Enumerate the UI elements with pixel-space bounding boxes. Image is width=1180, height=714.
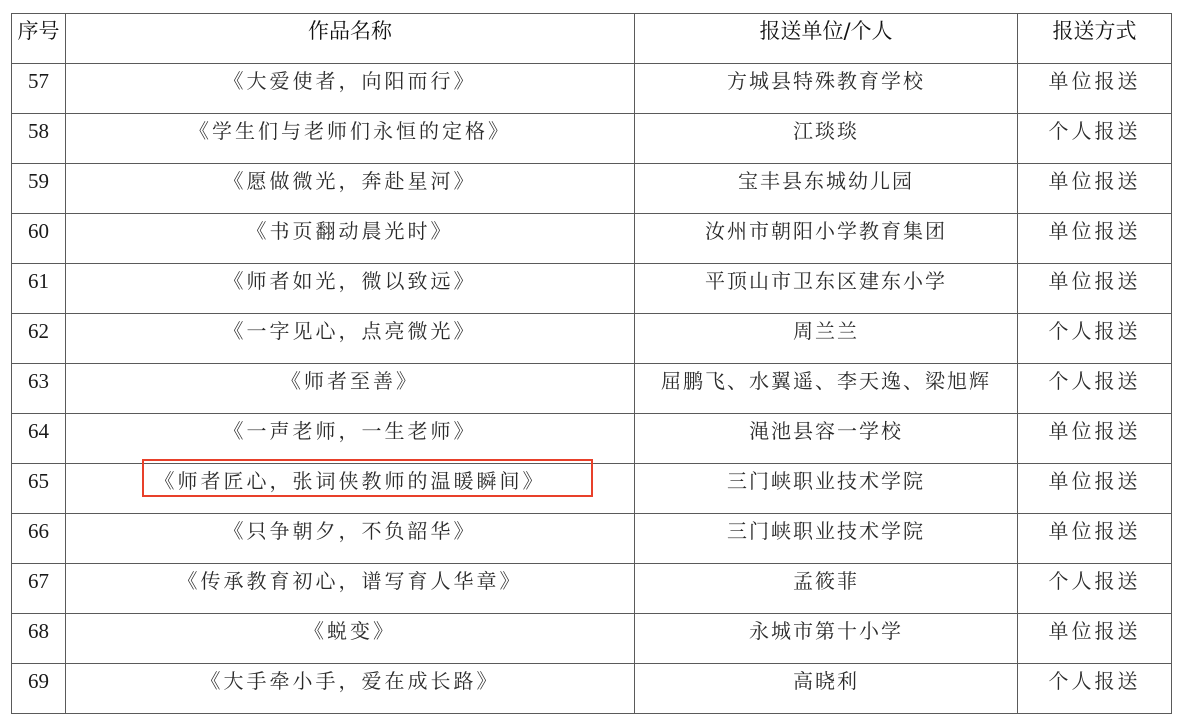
cell-unit: 周兰兰 xyxy=(635,314,1018,364)
cell-no: 65 xyxy=(12,464,66,514)
table-row: 62 《一字见心，点亮微光》 周兰兰 个人报送 xyxy=(12,314,1172,364)
table-row: 61 《师者如光，微以致远》 平顶山市卫东区建东小学 单位报送 xyxy=(12,264,1172,314)
cell-unit: 江琰琰 xyxy=(635,114,1018,164)
cell-unit: 宝丰县东城幼儿园 xyxy=(635,164,1018,214)
cell-unit: 汝州市朝阳小学教育集团 xyxy=(635,214,1018,264)
cell-title: 《蜕变》 xyxy=(66,614,635,664)
cell-title: 《师者匠心，张词侠教师的温暖瞬间》 xyxy=(66,464,635,514)
cell-title: 《学生们与老师们永恒的定格》 xyxy=(66,114,635,164)
table-row: 68 《蜕变》 永城市第十小学 单位报送 xyxy=(12,614,1172,664)
table-row: 59 《愿做微光，奔赴星河》 宝丰县东城幼儿园 单位报送 xyxy=(12,164,1172,214)
cell-method: 单位报送 xyxy=(1018,164,1172,214)
cell-no: 62 xyxy=(12,314,66,364)
table-row: 64 《一声老师，一生老师》 渑池县容一学校 单位报送 xyxy=(12,414,1172,464)
cell-no: 67 xyxy=(12,564,66,614)
cell-method: 单位报送 xyxy=(1018,214,1172,264)
table-row: 69 《大手牵小手，爱在成长路》 高晓利 个人报送 xyxy=(12,664,1172,714)
document-page: 序号 作品名称 报送单位/个人 报送方式 57 《大爱使者，向阳而行》 方城县特… xyxy=(0,0,1180,714)
cell-title: 《传承教育初心，谱写育人华章》 xyxy=(66,564,635,614)
cell-method: 个人报送 xyxy=(1018,114,1172,164)
cell-no: 61 xyxy=(12,264,66,314)
submission-table: 序号 作品名称 报送单位/个人 报送方式 57 《大爱使者，向阳而行》 方城县特… xyxy=(11,13,1172,714)
cell-method: 单位报送 xyxy=(1018,514,1172,564)
table-header-row: 序号 作品名称 报送单位/个人 报送方式 xyxy=(12,14,1172,64)
cell-unit: 方城县特殊教育学校 xyxy=(635,64,1018,114)
cell-no: 63 xyxy=(12,364,66,414)
column-header-title: 作品名称 xyxy=(66,14,635,64)
table-row: 67 《传承教育初心，谱写育人华章》 孟筱菲 个人报送 xyxy=(12,564,1172,614)
column-header-unit: 报送单位/个人 xyxy=(635,14,1018,64)
cell-no: 60 xyxy=(12,214,66,264)
cell-unit: 平顶山市卫东区建东小学 xyxy=(635,264,1018,314)
cell-method: 个人报送 xyxy=(1018,364,1172,414)
table-row: 58 《学生们与老师们永恒的定格》 江琰琰 个人报送 xyxy=(12,114,1172,164)
cell-unit: 孟筱菲 xyxy=(635,564,1018,614)
table-row: 57 《大爱使者，向阳而行》 方城县特殊教育学校 单位报送 xyxy=(12,64,1172,114)
cell-no: 59 xyxy=(12,164,66,214)
cell-unit: 永城市第十小学 xyxy=(635,614,1018,664)
column-header-method: 报送方式 xyxy=(1018,14,1172,64)
column-header-no: 序号 xyxy=(12,14,66,64)
cell-method: 单位报送 xyxy=(1018,64,1172,114)
table-row-highlighted: 65 《师者匠心，张词侠教师的温暖瞬间》 三门峡职业技术学院 单位报送 xyxy=(12,464,1172,514)
cell-title: 《书页翻动晨光时》 xyxy=(66,214,635,264)
cell-title: 《大手牵小手，爱在成长路》 xyxy=(66,664,635,714)
cell-unit: 屈鹏飞、水翼遥、李天逸、梁旭辉 xyxy=(635,364,1018,414)
cell-no: 68 xyxy=(12,614,66,664)
cell-title: 《一字见心，点亮微光》 xyxy=(66,314,635,364)
cell-no: 58 xyxy=(12,114,66,164)
cell-title: 《一声老师，一生老师》 xyxy=(66,414,635,464)
table-row: 66 《只争朝夕，不负韶华》 三门峡职业技术学院 单位报送 xyxy=(12,514,1172,564)
cell-title: 《大爱使者，向阳而行》 xyxy=(66,64,635,114)
cell-method: 个人报送 xyxy=(1018,664,1172,714)
cell-method: 个人报送 xyxy=(1018,564,1172,614)
cell-unit: 高晓利 xyxy=(635,664,1018,714)
cell-title: 《只争朝夕，不负韶华》 xyxy=(66,514,635,564)
cell-method: 单位报送 xyxy=(1018,414,1172,464)
cell-unit: 渑池县容一学校 xyxy=(635,414,1018,464)
cell-no: 64 xyxy=(12,414,66,464)
cell-unit: 三门峡职业技术学院 xyxy=(635,464,1018,514)
cell-title: 《师者如光，微以致远》 xyxy=(66,264,635,314)
cell-unit: 三门峡职业技术学院 xyxy=(635,514,1018,564)
cell-method: 个人报送 xyxy=(1018,314,1172,364)
cell-method: 单位报送 xyxy=(1018,264,1172,314)
cell-method: 单位报送 xyxy=(1018,614,1172,664)
cell-title: 《愿做微光，奔赴星河》 xyxy=(66,164,635,214)
cell-no: 57 xyxy=(12,64,66,114)
table-row: 63 《师者至善》 屈鹏飞、水翼遥、李天逸、梁旭辉 个人报送 xyxy=(12,364,1172,414)
cell-no: 66 xyxy=(12,514,66,564)
table-row: 60 《书页翻动晨光时》 汝州市朝阳小学教育集团 单位报送 xyxy=(12,214,1172,264)
cell-method: 单位报送 xyxy=(1018,464,1172,514)
cell-no: 69 xyxy=(12,664,66,714)
cell-title: 《师者至善》 xyxy=(66,364,635,414)
